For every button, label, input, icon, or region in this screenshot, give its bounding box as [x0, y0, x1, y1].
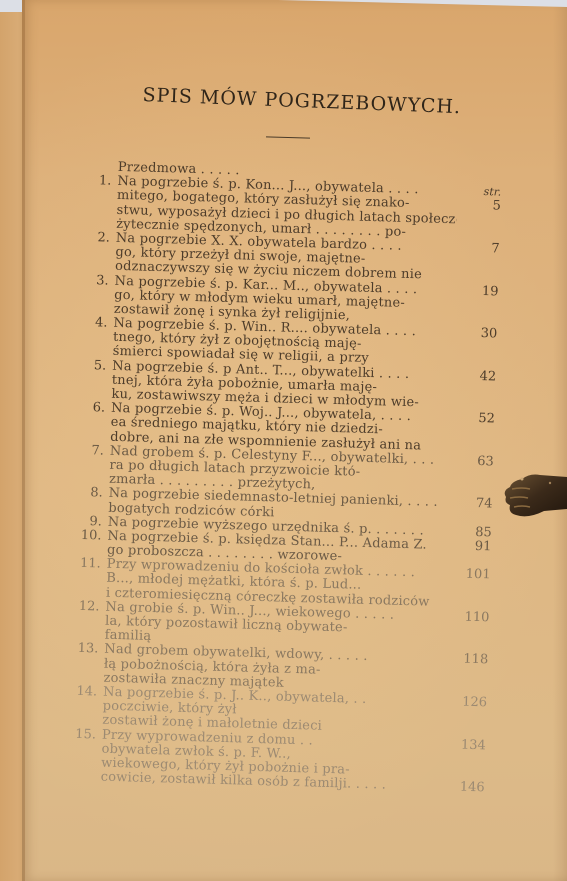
page-number — [455, 639, 489, 640]
page-number — [463, 341, 497, 342]
entry-number: 7. — [80, 444, 104, 459]
entry-number — [84, 302, 108, 303]
entry-number — [80, 458, 104, 459]
page-number — [462, 383, 496, 384]
entry-number: 10. — [77, 529, 101, 544]
page-number — [461, 426, 495, 427]
entry-number: 2. — [86, 231, 110, 246]
entry-number — [81, 415, 105, 416]
entry-number: 15. — [72, 727, 96, 742]
page-number: str. — [467, 185, 501, 200]
entry-number: 6. — [81, 401, 105, 416]
page-number — [452, 752, 486, 753]
entry-number — [83, 330, 107, 331]
entry-number — [71, 756, 95, 757]
page-number: 118 — [454, 653, 488, 668]
page-number — [459, 483, 493, 484]
entry-number: 12. — [75, 600, 99, 615]
bronze-hand-clip-icon — [500, 465, 567, 523]
entry-number: 5. — [82, 359, 106, 374]
entry-number — [73, 699, 97, 700]
entry-number — [80, 429, 104, 430]
page-number: 74 — [458, 497, 492, 512]
page-number: 126 — [453, 695, 487, 710]
page-number — [465, 270, 499, 271]
entry-number — [84, 288, 108, 289]
entry-number — [86, 217, 110, 218]
entry-number — [77, 543, 101, 544]
entry-number — [85, 259, 109, 260]
page-number — [454, 667, 488, 668]
entry-number — [86, 245, 110, 246]
page-number — [453, 710, 487, 711]
entry-number: 8. — [78, 486, 102, 501]
page-number — [455, 624, 489, 625]
entry-number — [79, 472, 103, 473]
page-number: 101 — [456, 568, 490, 583]
page-number — [464, 298, 498, 299]
page-number — [465, 256, 499, 257]
page-number: 63 — [460, 454, 494, 469]
page-fold — [22, 0, 25, 881]
page-number — [458, 511, 492, 512]
entry-number: 14. — [73, 685, 97, 700]
entry-number — [74, 671, 98, 672]
entry-number — [75, 628, 99, 629]
entry-number: 1. — [87, 174, 111, 189]
page-number: 134 — [452, 738, 486, 753]
entry-number: 3. — [84, 273, 108, 288]
page-number: 42 — [462, 369, 496, 384]
entry-number — [78, 500, 102, 501]
page-number: 5 — [467, 199, 501, 214]
page-number — [468, 171, 502, 172]
entry-number: 13. — [74, 642, 98, 657]
page-number — [460, 468, 494, 469]
page-number — [466, 227, 500, 228]
entry-number — [82, 387, 106, 388]
page-number — [454, 681, 488, 682]
entry-number — [87, 188, 111, 189]
entry-number — [73, 713, 97, 714]
entry-number — [74, 656, 98, 657]
page-number: 52 — [461, 412, 495, 427]
page-number — [462, 398, 496, 399]
page-number — [460, 440, 494, 441]
page-number — [456, 596, 490, 597]
page-number: 30 — [463, 327, 497, 342]
page-number: 110 — [455, 610, 489, 625]
page-number — [464, 312, 498, 313]
entry-number — [87, 203, 111, 204]
page-number — [457, 554, 491, 555]
entry-number — [77, 571, 101, 572]
page-number: 19 — [464, 284, 498, 299]
entry-number — [76, 585, 100, 586]
entry-number — [82, 373, 106, 374]
page-number — [456, 582, 490, 583]
entry-number — [72, 741, 96, 742]
entry-number — [75, 614, 99, 615]
table-of-contents: Przedmowa . . . . .1.Na pogrzebie ś. p. … — [71, 160, 508, 796]
page-number: 7 — [465, 242, 499, 257]
entry-number — [71, 770, 95, 771]
page-number: 91 — [457, 539, 491, 554]
entry-number: 11. — [77, 557, 101, 572]
page-number — [452, 724, 486, 725]
page-number — [463, 355, 497, 356]
page-number: 146 — [450, 780, 484, 795]
page-number — [451, 766, 485, 767]
page-number — [467, 213, 501, 214]
entry-number — [88, 160, 112, 161]
entry-number — [83, 344, 107, 345]
entry-number: 4. — [83, 316, 107, 331]
